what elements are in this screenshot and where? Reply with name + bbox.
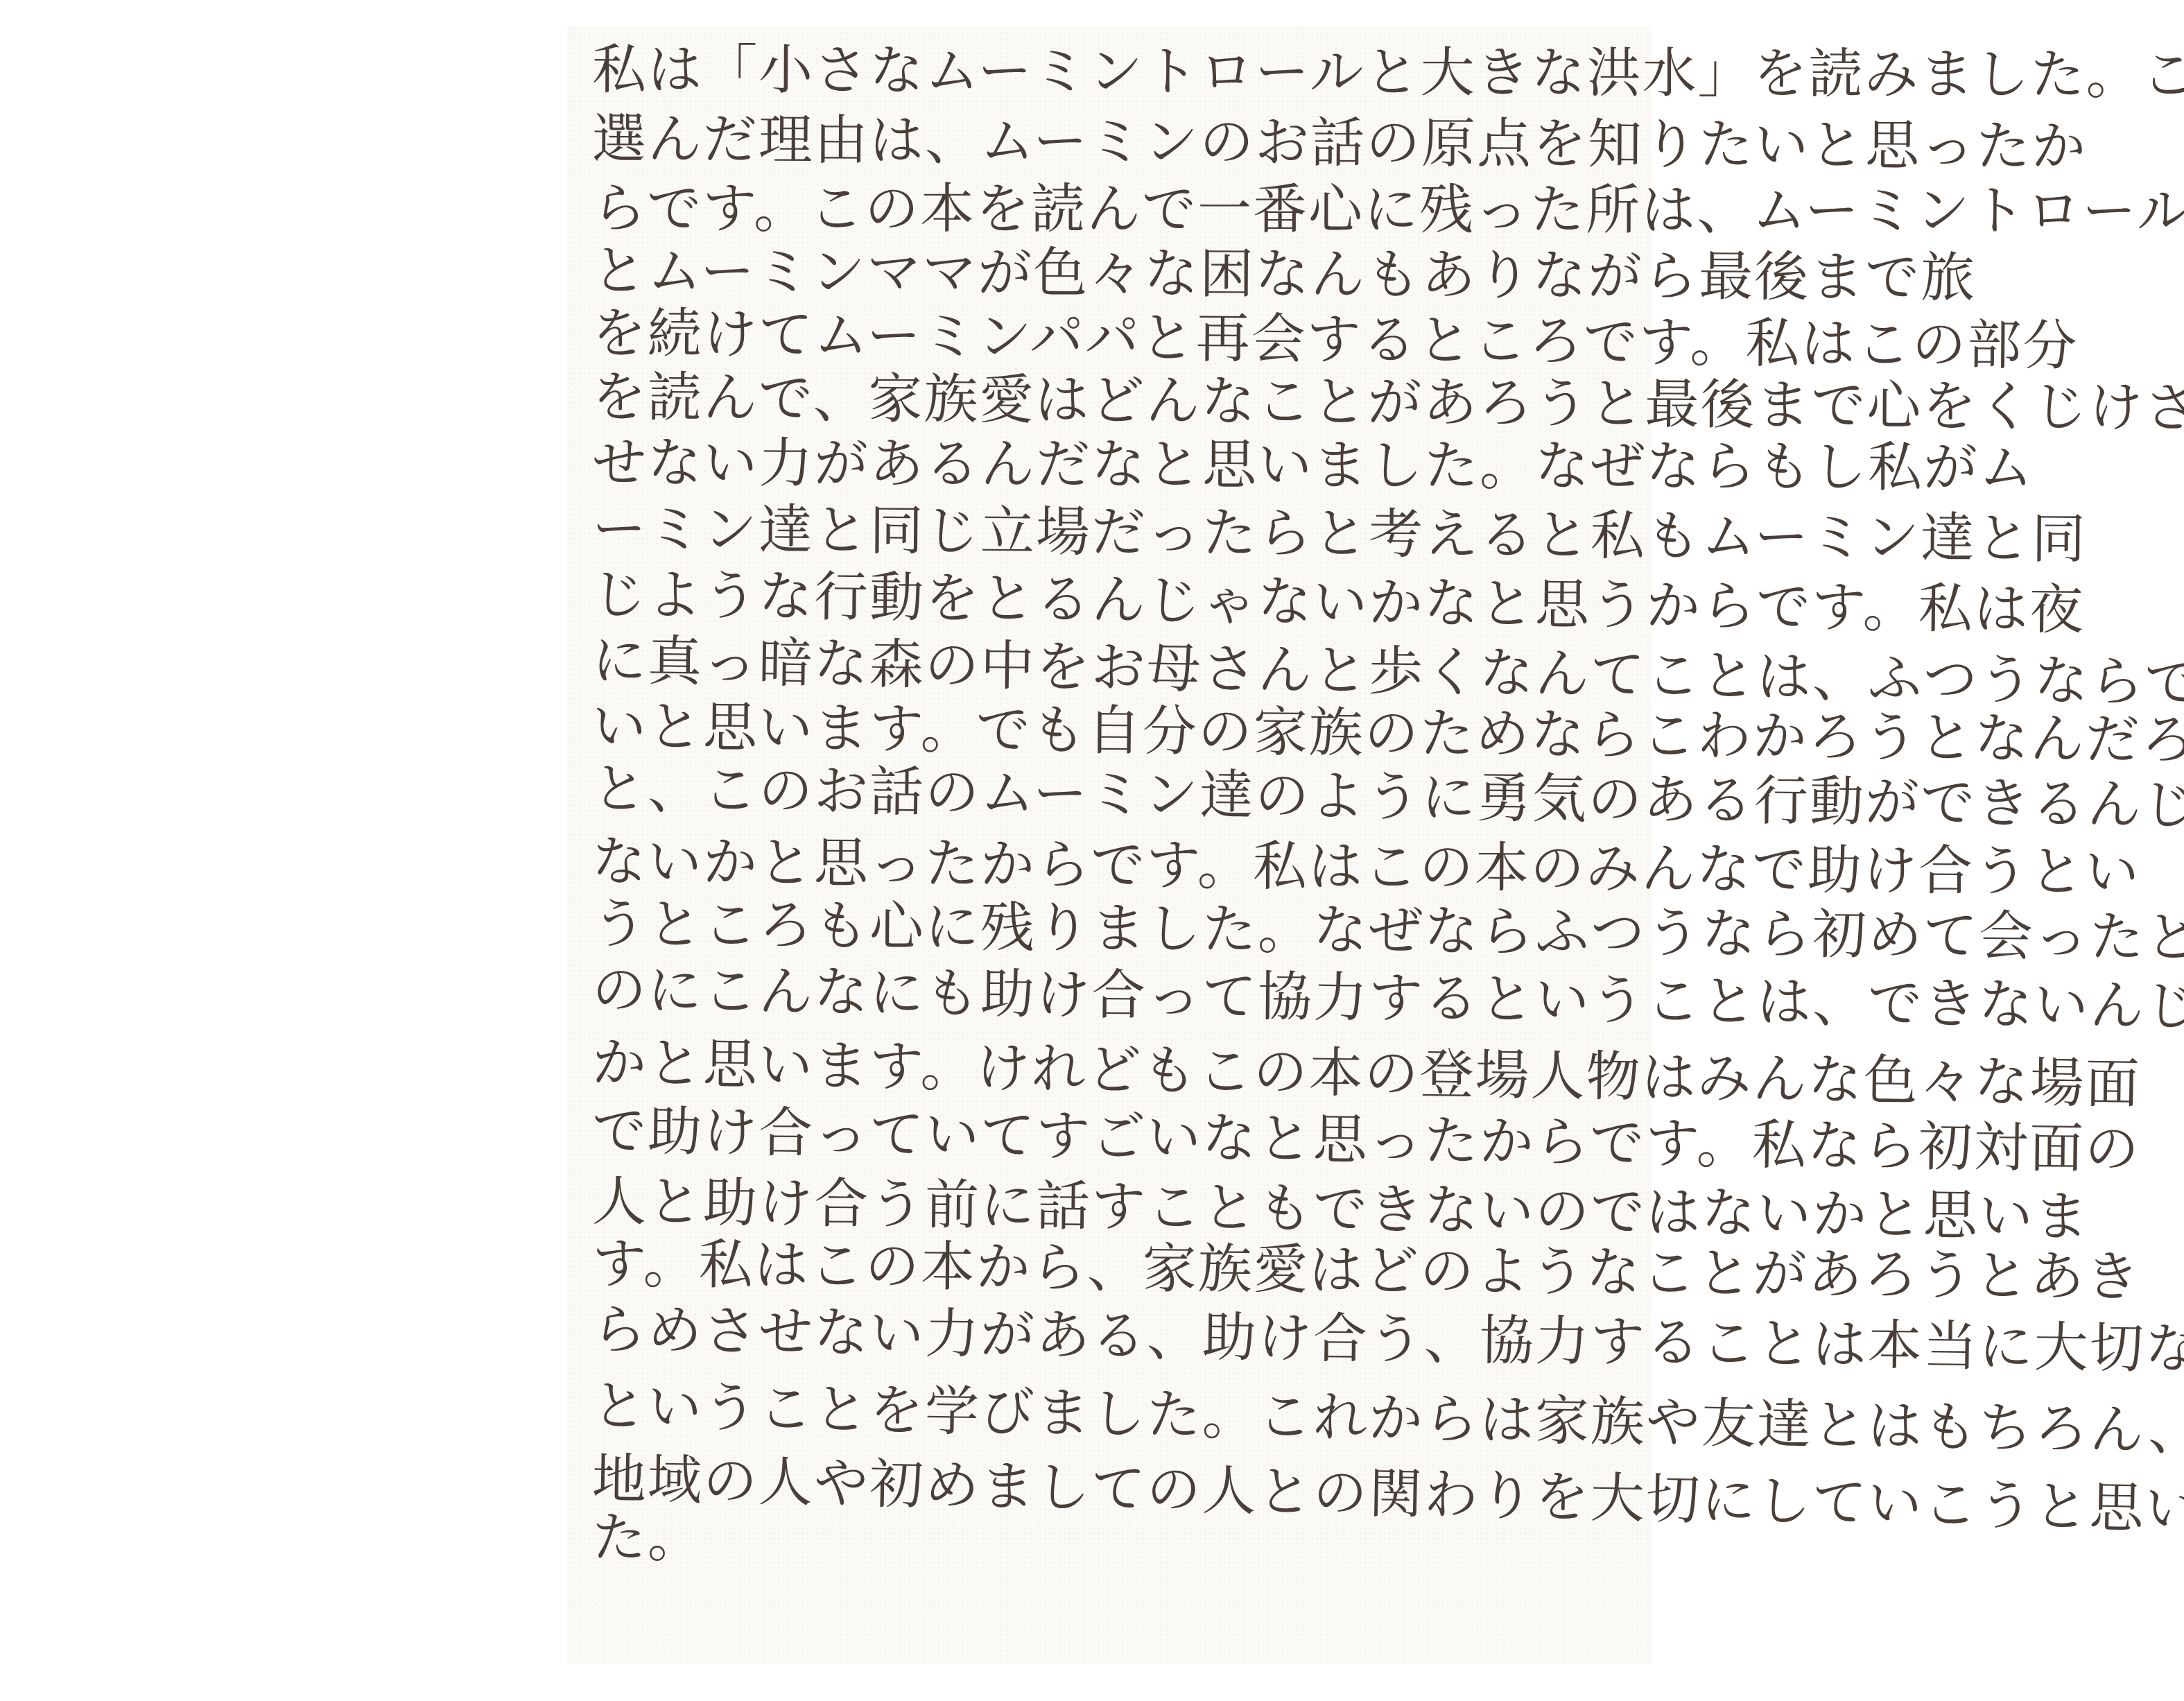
text-line-14: うところも心に残りました。なぜならふつうなら初めて会ったという: [592, 893, 1633, 965]
text-line-13: ないかと思ったからです。私はこの本のみんなで助け合うとい: [592, 831, 1633, 900]
text-line-9: じような行動をとるんじゃないかなと思うからです。私は夜: [592, 564, 1633, 637]
text-line-5: を続けてムーミンパパと再会するところです。私はこの部分: [592, 302, 1633, 374]
text-line-11: いと思います。でも自分の家族のためならこわかろうとなんだろう: [592, 696, 1633, 767]
text-line-17: で助け合っていてすごいなと思ったからです。私なら初対面の: [591, 1100, 1632, 1175]
text-line-3: らです。この本を読んで一番心に残った所は、ムーミントロール: [592, 178, 1632, 242]
text-line-23: た。: [592, 1507, 1632, 1575]
text-line-4: とムーミンママが色々な困なんもありながら最後まで旅: [592, 240, 1632, 308]
text-line-10: に真っ暗な森の中をお母さんと歩くなんてことは、ふつうならできな: [591, 630, 1632, 707]
text-line-21: ということを学びました。これからは家族や友達とはもちろん、: [591, 1375, 1632, 1454]
text-line-20: らめさせない力がある、助け合う、協力することは本当に大切な: [591, 1299, 1632, 1374]
text-line-12: と、このお話のムーミン達のように勇気のある行動ができるんじゃ: [592, 758, 1633, 831]
text-line-2: 選んだ理由は、ムーミンのお話の原点を知りたいと思ったか: [592, 108, 1632, 176]
text-line-8: ーミン達と同じ立場だったらと考えると私もムーミン達と同: [592, 498, 1633, 567]
text-line-1: 私は「小さなムーミントロールと大きな洪水」を読みました。この本を: [592, 39, 1632, 105]
text-line-19: す。私はこの本から、家族愛はどのようなことがあろうとあき: [592, 1233, 1633, 1304]
text-line-16: かと思います。けれどもこの本の登場人物はみんな色々な場面: [591, 1032, 1632, 1109]
text-line-18: 人と助け合う前に話すこともできないのではないかと思いま: [592, 1171, 1633, 1244]
text-line-6: を読んで、家族愛はどんなことがあろうと最後まで心をくじけさ: [592, 366, 1633, 435]
text-line-7: せない力があるんだなと思いました。なぜならもし私がム: [592, 432, 1632, 498]
handwritten-page: 私は「小さなムーミントロールと大きな洪水」を読みました。この本を 選んだ理由は、…: [567, 26, 1652, 1664]
text-line-15: のにこんなにも助け合って協力するということは、できないんじゃない: [592, 959, 1633, 1033]
